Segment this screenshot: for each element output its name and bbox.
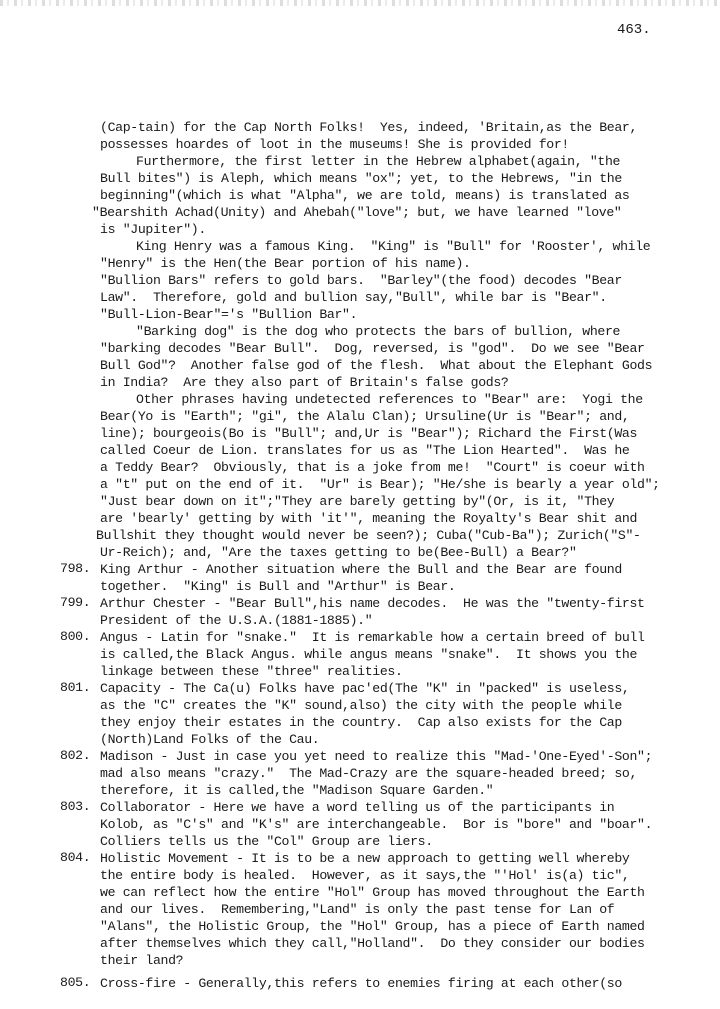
entry-text-line: and our lives. Remembering,"Land" is onl… [100,901,614,918]
entry-text-line: Holistic Movement - It is to be a new ap… [100,850,629,867]
entry-text-line: Arthur Chester - "Bear Bull",his name de… [100,595,645,612]
entry-text-line: after themselves which they call,"Hollan… [100,935,645,952]
text-line: Law". Therefore, gold and bullion say,"B… [100,289,607,306]
entry-number: 804. [60,850,90,865]
entry-number: 803. [60,799,90,814]
text-line: called Coeur de Lion. translates for us … [100,442,629,459]
entry-text-line: Colliers tells us the "Col" Group are li… [100,833,433,850]
entry-text-line: we can reflect how the entire "Hol" Grou… [100,884,645,901]
entry-number: 799. [60,595,90,610]
page-number: 463. [617,22,651,38]
text-line: a Teddy Bear? Obviously, that is a joke … [100,459,645,476]
entry-text-line: therefore, it is called,the "Madison Squ… [100,782,493,799]
entry-text-line: their land? [100,952,183,969]
entry-number: 800. [60,629,90,644]
text-line: "barking decodes "Bear Bull". Dog, rever… [100,340,645,357]
entry-text-line: President of the U.S.A.(1881-1885)." [100,612,372,629]
entry-text-line: mad also means "crazy." The Mad-Crazy ar… [100,765,637,782]
scan-noise-strip [0,0,720,6]
entry-text-line: is called,the Black Angus. while angus m… [100,646,637,663]
text-line: Furthermore, the first letter in the Heb… [136,153,620,170]
text-line: a "t" put on the end of it. "Ur" is Bear… [100,476,660,493]
entry-text-line: the entire body is healed. However, as i… [100,867,629,884]
entry-text-line: together. "King" is Bull and "Arthur" is… [100,578,456,595]
entry-text-line: Madison - Just in case you yet need to r… [100,748,652,765]
text-line: Ur-Reich); and, "Are the taxes getting t… [100,544,577,561]
entry-text-line: Collaborator - Here we have a word telli… [100,799,614,816]
entry-text-line: King Arthur - Another situation where th… [100,561,622,578]
text-line: "Barking dog" is the dog who protects th… [136,323,620,340]
entry-text-line: as the "C" creates the "K" sound,also) t… [100,697,622,714]
text-line: Bear(Yo is "Earth"; "gi", the Alalu Clan… [100,408,629,425]
entry-text-line: linkage between these "three" realities. [100,663,403,680]
entry-text-line: Angus - Latin for "snake." It is remarka… [100,629,645,646]
entry-text-line: Kolob, as "C's" and "K's" are interchang… [100,816,652,833]
text-line: in India? Are they also part of Britain'… [100,374,508,391]
text-line: Bull bites") is Aleph, which means "ox";… [100,170,622,187]
text-line: (Cap-tain) for the Cap North Folks! Yes,… [100,119,637,136]
text-line: possesses hoardes of loot in the museums… [100,136,569,153]
text-line: Bull God"? Another false god of the fles… [100,357,652,374]
entry-number: 802. [60,748,90,763]
text-line: are 'bearly' getting by with 'it'", mean… [100,510,637,527]
entry-text-line: Capacity - The Ca(u) Folks have pac'ed(T… [100,680,629,697]
text-line: line); bourgeois(Bo is "Bull"; and,Ur is… [100,425,637,442]
text-line: "Bearshith Achad(Unity) and Ahebah("love… [92,204,621,221]
entry-number: 805. [60,975,90,990]
text-line: "Bull-Lion-Bear"='s "Bullion Bar". [100,306,357,323]
entry-text-line: (North)Land Folks of the Cau. [100,731,319,748]
entry-text-line: they enjoy their estates in the country.… [100,714,622,731]
text-line: "Just bear down on it";"They are barely … [100,493,614,510]
text-line: is "Jupiter"). [100,221,206,238]
entry-number: 798. [60,561,90,576]
text-line: Bullshit they thought would never be see… [96,527,641,544]
text-line: King Henry was a famous King. "King" is … [136,238,650,255]
entry-text-line: "Alans", the Holistic Group, the "Hol" G… [100,918,645,935]
text-line: "Henry" is the Hen(the Bear portion of h… [100,255,471,272]
text-line: "Bullion Bars" refers to gold bars. "Bar… [100,272,622,289]
entry-text-line: Cross-fire - Generally,this refers to en… [100,975,622,992]
text-line: Other phrases having undetected referenc… [136,391,643,408]
entry-number: 801. [60,680,90,695]
text-line: beginning"(which is what "Alpha", we are… [100,187,629,204]
